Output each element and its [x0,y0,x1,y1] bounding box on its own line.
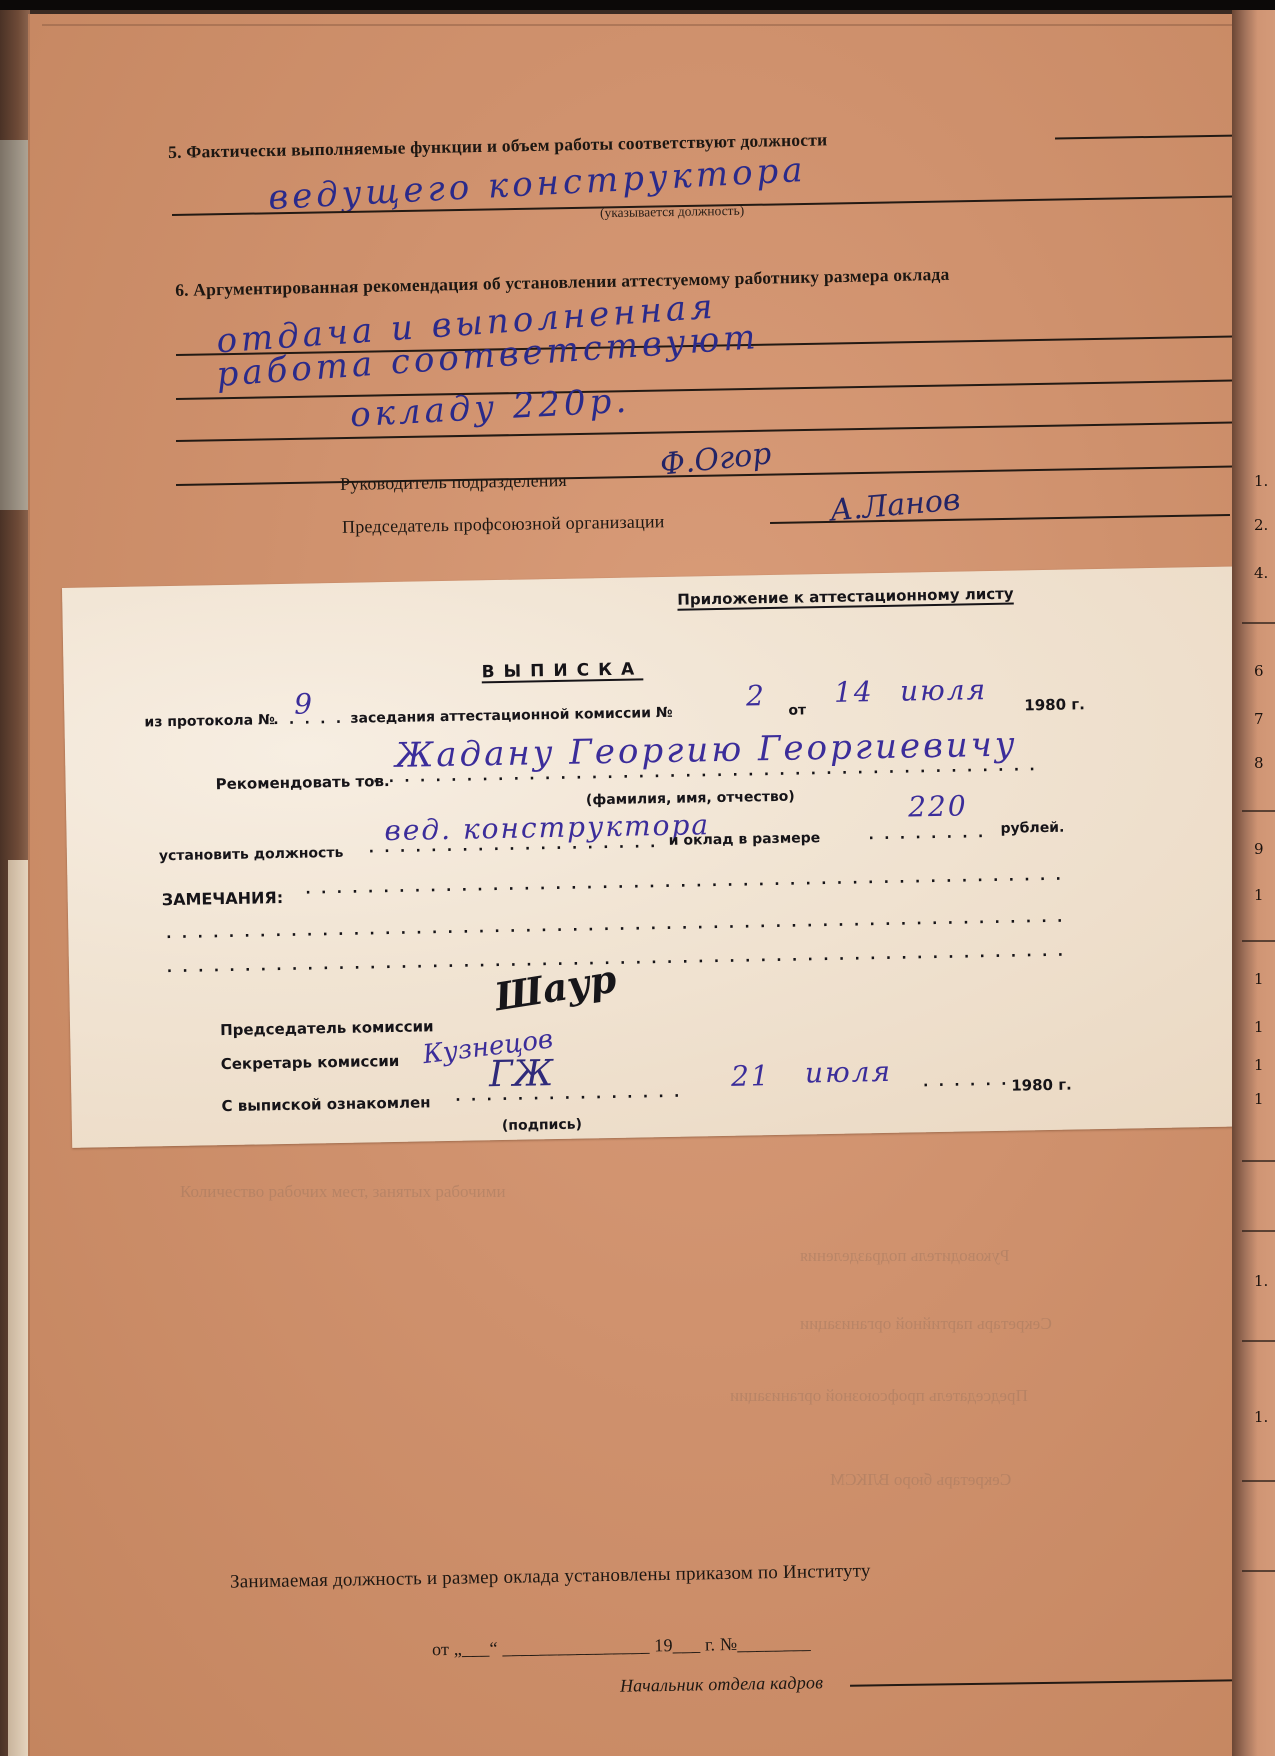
protocol-prefix: из протокола № [144,712,275,730]
adjacent-page-edge: 1. 2. 4. 6 7 8 9 1 1 1 1 1 1. 1. [1232,10,1275,1756]
from-label: от [788,702,806,718]
bleed-through-text: Руководитель подразделения [800,1246,1009,1266]
edge-mark: 1 [1254,1018,1264,1036]
scan-top-border [0,0,1275,10]
edge-mark: 1 [1254,970,1264,988]
chair-label: Председатель комиссии [220,1017,434,1039]
acquainted-signature: ГЖ [489,1053,554,1095]
bleed-through-text: Количество рабочих мест, занятых рабочим… [180,1182,506,1202]
edge-rule [1242,1570,1275,1572]
position-value: вед. конструктора [384,808,710,847]
edge-mark: 1. [1254,1272,1268,1290]
ack-month: июля [805,1055,893,1090]
edge-mark: 6 [1254,662,1264,680]
edge-mark: 1 [1254,886,1264,904]
protocol-number: 9 [294,687,314,720]
section6-label: 6. Аргументированная рекомендация об уст… [175,264,950,301]
edge-mark: 1. [1254,1408,1268,1426]
section5-caption: (указывается должность) [600,203,744,222]
ack-dots-2: ......... [921,1071,1011,1091]
edge-mark: 1 [1254,1090,1264,1108]
edge-mark: 8 [1254,754,1264,772]
edge-mark: 1 [1254,1056,1264,1074]
edge-rule [1242,810,1275,812]
edge-rule [1242,1160,1275,1162]
hr-head-label: Начальник отдела кадров [620,1672,824,1697]
acquainted-label: С выпиской ознакомлен [221,1093,430,1115]
edge-mark: 9 [1254,840,1264,858]
meeting-day: 14 [834,675,874,709]
union-chair-label: Председатель профсоюзной организации [342,511,665,538]
order-text: Занимаемая должность и размер оклада уст… [230,1560,871,1593]
section6-handwritten-line-3: окладу 220р. [349,381,631,436]
edge-rule [1242,1230,1275,1232]
name-caption: (фамилия, имя, отчество) [586,789,795,809]
remarks-label: ЗАМЕЧАНИЯ: [162,888,284,909]
remarks-dots-1: ........................................… [303,866,1063,898]
edge-mark: 7 [1254,710,1264,728]
salary-value: 220 [908,789,968,823]
commission-number: 2 [746,679,766,712]
hr-head-signature-rule [850,1679,1240,1686]
edge-rule [1242,622,1275,624]
edge-rule [1242,1480,1275,1482]
head-of-unit-signature: Ф.Огор [658,436,773,482]
signature-caption: (подпись) [502,1117,582,1134]
union-chair-signature: А.Ланов [829,482,962,528]
bleed-through-text: Председатель профсоюзной организации [730,1386,1028,1406]
remarks-dots-2: ........................................… [164,908,1064,942]
ack-day: 21 [731,1059,771,1093]
currency-label: рублей. [1000,820,1064,837]
ack-year: 1980 г. [1011,1076,1072,1095]
page-border [42,24,1260,26]
meeting-text: заседания аттестационной комиссии № [350,705,673,727]
edge-rule [1242,940,1275,942]
bleed-through-text: Секретарь партийной организации [800,1314,1052,1334]
bleed-through-text: Секретарь бюро ВЛКСМ [830,1470,1011,1490]
meeting-month: июля [900,673,988,708]
attachment-header: Приложение к аттестационному листу [677,585,1014,609]
attachment-slip: Приложение к аттестационному листу ВЫПИС… [62,566,1272,1148]
secretary-label: Секретарь комиссии [221,1052,400,1073]
edge-rule [1242,1340,1275,1342]
section6-rule-3 [176,421,1240,441]
meeting-year: 1980 г. [1024,695,1085,714]
section5-rule-end [1055,135,1240,139]
salary-label: и оклад в размере [669,830,821,849]
order-date-line: от „___“ ________________ 19___ г. №____… [432,1633,811,1661]
edge-mark: 2. [1254,516,1268,534]
edge-mark: 4. [1254,564,1268,582]
head-of-unit-label: Руководитель подразделения [340,470,567,495]
salary-dots: .................. [866,823,994,843]
ack-dots-1: .................................. [453,1083,683,1105]
edge-mark: 1. [1254,472,1268,490]
set-position-label: установить должность [159,845,344,864]
slip-title: ВЫПИСКА [481,659,643,682]
remarks-dots-3: ........................................… [165,942,1065,976]
